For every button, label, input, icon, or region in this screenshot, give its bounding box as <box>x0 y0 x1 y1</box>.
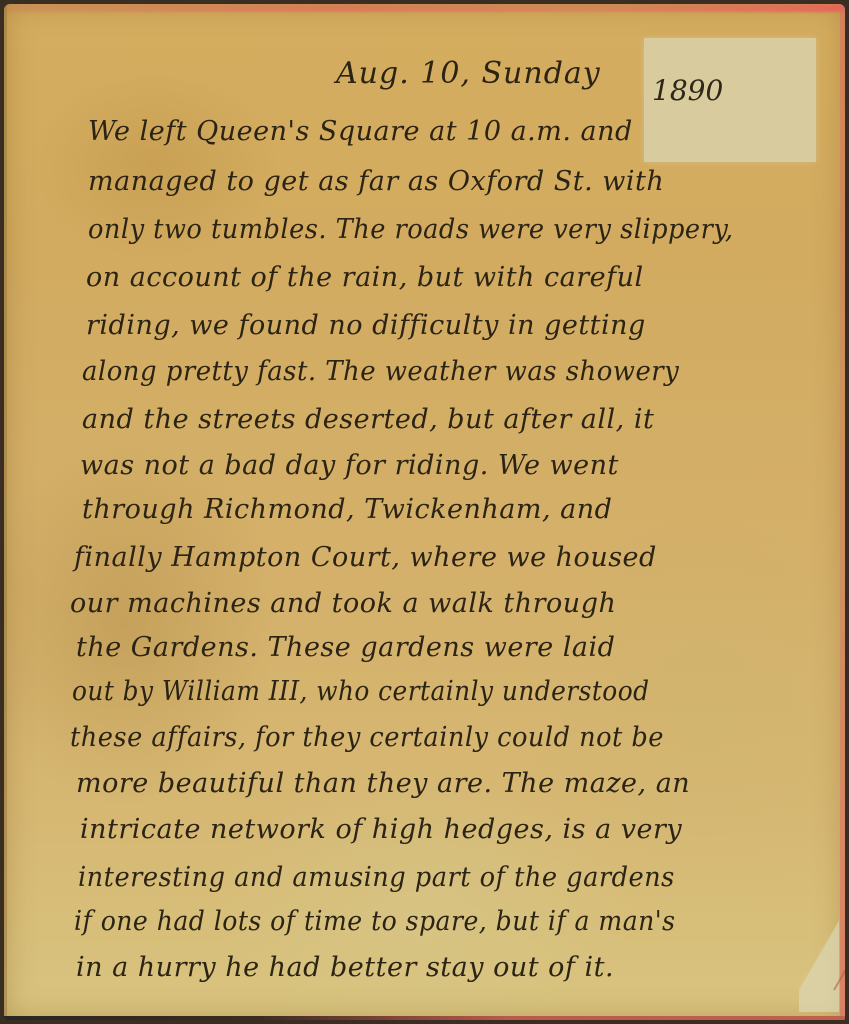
diary-entry: Aug. 10, Sunday 1890 We left Queen's Squ… <box>4 4 845 1020</box>
diary-page: Aug. 10, Sunday 1890 We left Queen's Squ… <box>4 4 845 1020</box>
text-line: riding, we found no difficulty in gettin… <box>86 310 646 341</box>
text-line: more beautiful than they are. The maze, … <box>76 768 690 799</box>
text-line: was not a bad day for riding. We went <box>80 450 619 481</box>
text-line: only two tumbles. The roads were very sl… <box>88 214 734 245</box>
entry-date: Aug. 10, Sunday <box>336 56 601 91</box>
text-line: We left Queen's Square at 10 a.m. and <box>88 116 633 147</box>
text-line: the Gardens. These gardens were laid <box>76 632 615 663</box>
text-line: on account of the rain, but with careful <box>86 262 644 293</box>
text-line: in a hurry he had better stay out of it. <box>76 952 614 983</box>
text-line: along pretty fast. The weather was showe… <box>82 356 679 387</box>
text-line: intricate network of high hedges, is a v… <box>80 814 682 845</box>
text-line: out by William III, who certainly unders… <box>72 676 649 707</box>
text-line: managed to get as far as Oxford St. with <box>88 166 664 197</box>
text-line: finally Hampton Court, where we housed <box>74 542 657 573</box>
text-line: through Richmond, Twickenham, and <box>82 494 612 525</box>
entry-year: 1890 <box>652 74 723 107</box>
text-line: our machines and took a walk through <box>70 588 616 619</box>
text-line: if one had lots of time to spare, but if… <box>74 906 676 937</box>
text-line: and the streets deserted, but after all,… <box>82 404 654 435</box>
text-line: these affairs, for they certainly could … <box>70 722 664 753</box>
text-line: interesting and amusing part of the gard… <box>78 862 675 893</box>
